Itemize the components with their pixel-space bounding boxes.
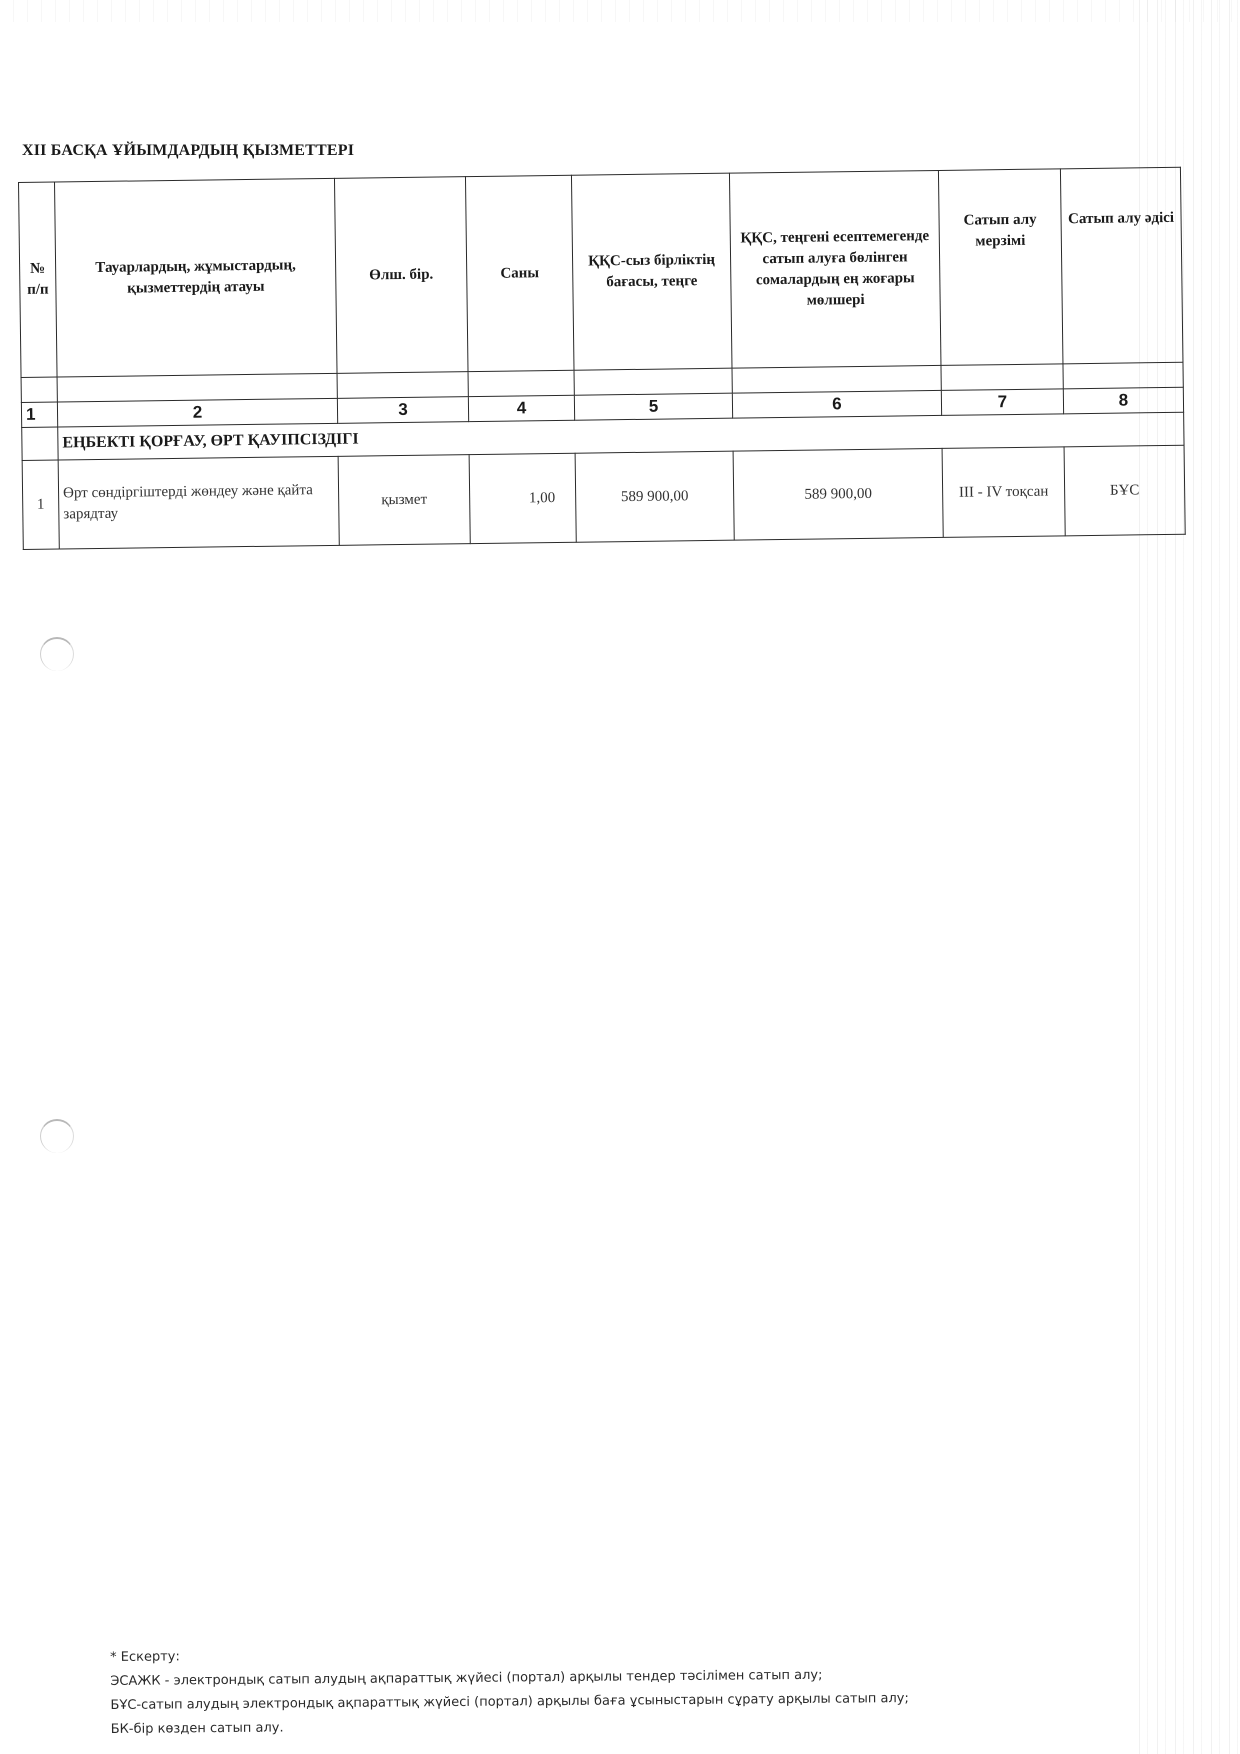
table-row: 1 Өрт сөндіргіштерді жөндеу және қайта з… bbox=[22, 445, 1185, 549]
header-unit-price: ҚҚС-сыз бірліктің бағасы, теңге bbox=[571, 173, 732, 370]
cell-period: III - IV тоқсан bbox=[942, 447, 1065, 538]
cell-name: Өрт сөндіргіштерді жөндеу және қайта зар… bbox=[58, 456, 339, 549]
column-number: 6 bbox=[732, 390, 941, 418]
punch-hole-mark bbox=[40, 1119, 74, 1153]
header-name: Тауарлардың, жұмыстардың, қызметтердің а… bbox=[55, 178, 338, 377]
cell-unit-price: 589 900,00 bbox=[575, 451, 734, 542]
cell-max-amount: 589 900,00 bbox=[733, 448, 943, 540]
scan-artifact-top bbox=[0, 0, 1240, 22]
column-number: 1 bbox=[21, 402, 57, 427]
cell-unit: қызмет bbox=[338, 455, 470, 546]
header-row: № п/п Тауарлардың, жұмыстардың, қызметте… bbox=[19, 167, 1183, 377]
column-number: 4 bbox=[468, 395, 574, 421]
header-period: Сатып алу мерзімі bbox=[938, 169, 1063, 366]
column-number: 5 bbox=[574, 393, 732, 420]
column-number: 2 bbox=[57, 398, 337, 427]
procurement-table: № п/п Тауарлардың, жұмыстардың, қызметте… bbox=[18, 167, 1186, 550]
footnote: * Ескерту: ЭСАЖК - электрондық сатып алу… bbox=[110, 1639, 909, 1742]
header-max-amount: ҚҚС, теңгені есептемегенде сатып алуға б… bbox=[729, 170, 941, 368]
cell-qty: 1,00 bbox=[469, 453, 576, 543]
section-title: XII БАСҚА ҰЙЫМДАРДЫҢ ҚЫЗМЕТТЕРІ bbox=[22, 142, 354, 160]
column-number: 8 bbox=[1063, 387, 1183, 414]
header-method: Сатып алу әдісі bbox=[1060, 167, 1183, 364]
punch-hole-mark bbox=[40, 637, 74, 671]
column-number: 7 bbox=[941, 389, 1063, 416]
column-number: 3 bbox=[337, 397, 468, 424]
cell-no: 1 bbox=[22, 460, 59, 549]
header-unit: Өлш. бір. bbox=[334, 177, 468, 374]
header-no: № п/п bbox=[19, 182, 58, 377]
cell-method: БҰС bbox=[1064, 445, 1185, 536]
header-qty: Саны bbox=[465, 175, 574, 371]
